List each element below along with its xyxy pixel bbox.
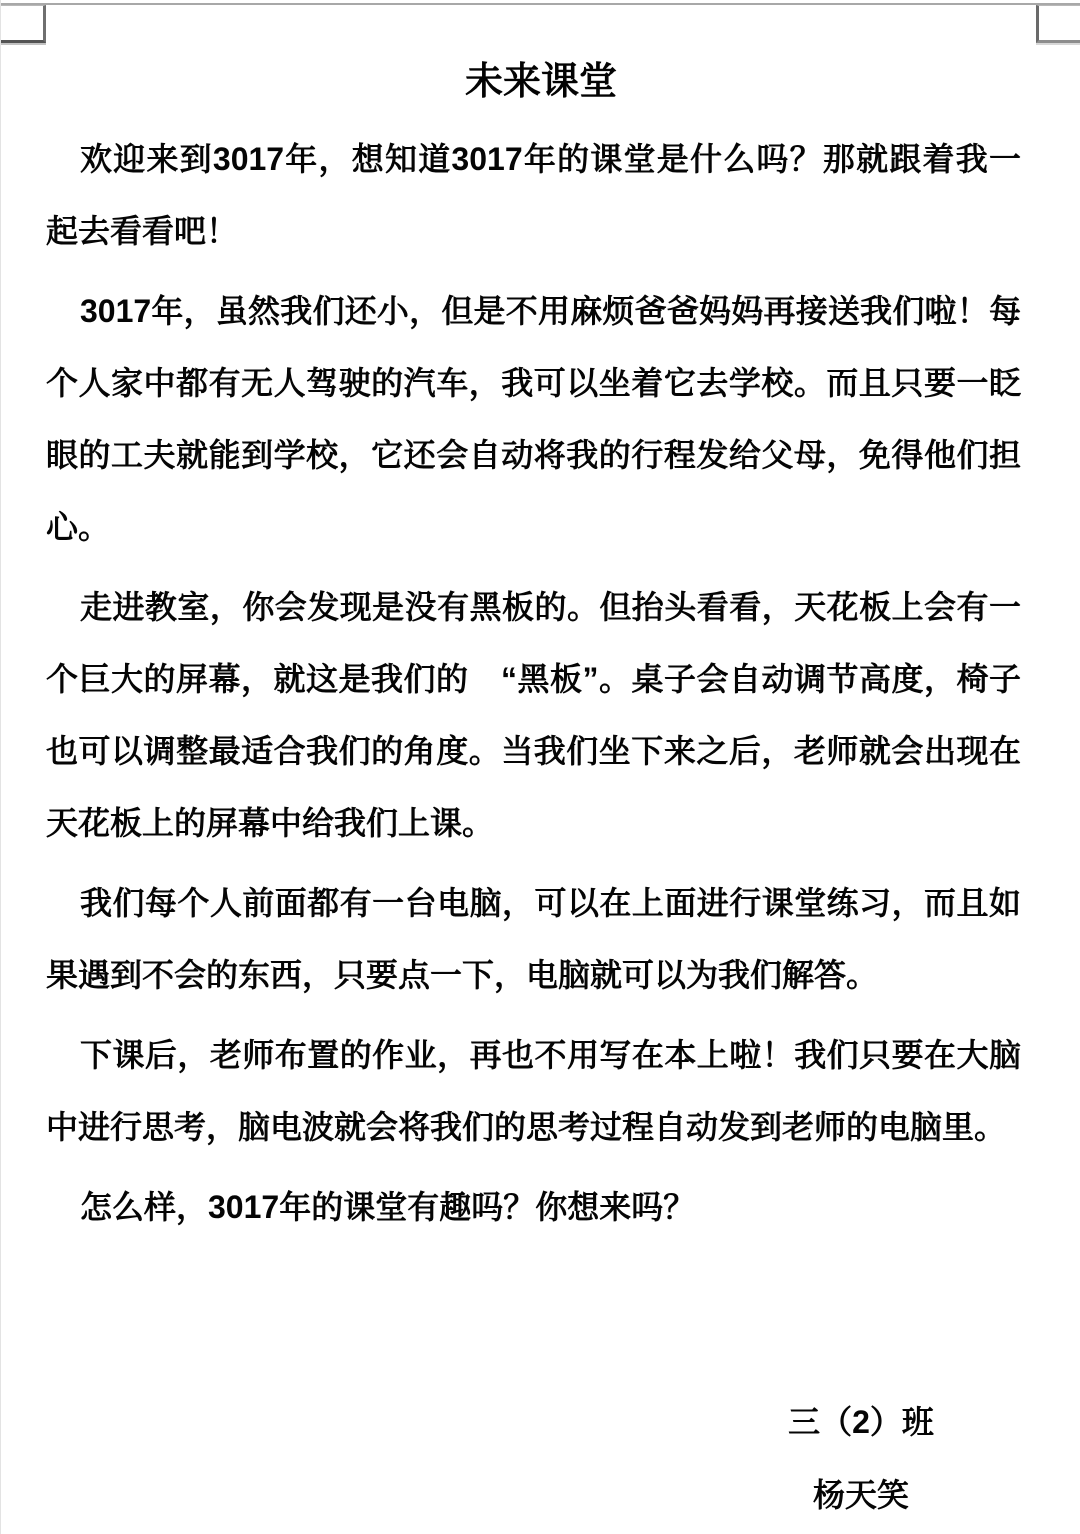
- signature-author: 杨天笑: [761, 1459, 961, 1532]
- page-corner-left: [1, 5, 46, 43]
- signature-class: 三（2）班: [761, 1386, 961, 1459]
- essay-paragraph-4: 我们每个人前面都有一台电脑，可以在上面进行课堂练习，而且如果遇到不会的东西，只要…: [46, 867, 1021, 1011]
- essay-paragraph-5: 下课后，老师布置的作业，再也不用写在本上啦！我们只要在大脑中进行思考，脑电波就会…: [46, 1019, 1021, 1163]
- page-top-edge-line: [1, 3, 1080, 5]
- document-page: 未来课堂 欢迎来到3017年，想知道3017年的课堂是什么吗？那就跟着我一起去看…: [0, 0, 1080, 1534]
- essay-paragraph-3: 走进教室，你会发现是没有黑板的。但抬头看看，天花板上会有一个巨大的屏幕，就这是我…: [46, 571, 1021, 859]
- essay-paragraph-2: 3017年，虽然我们还小，但是不用麻烦爸爸妈妈再接送我们啦！每个人家中都有无人驾…: [46, 275, 1021, 563]
- essay-signature: 三（2）班 杨天笑: [761, 1386, 961, 1532]
- essay-paragraph-6: 怎么样，3017年的课堂有趣吗？你想来吗？: [46, 1171, 1021, 1243]
- page-corner-right: [1036, 5, 1080, 43]
- essay-paragraph-1: 欢迎来到3017年，想知道3017年的课堂是什么吗？那就跟着我一起去看看吧！: [46, 123, 1021, 267]
- essay-title: 未来课堂: [1, 59, 1080, 105]
- essay-body: 欢迎来到3017年，想知道3017年的课堂是什么吗？那就跟着我一起去看看吧！ 3…: [46, 123, 1021, 1251]
